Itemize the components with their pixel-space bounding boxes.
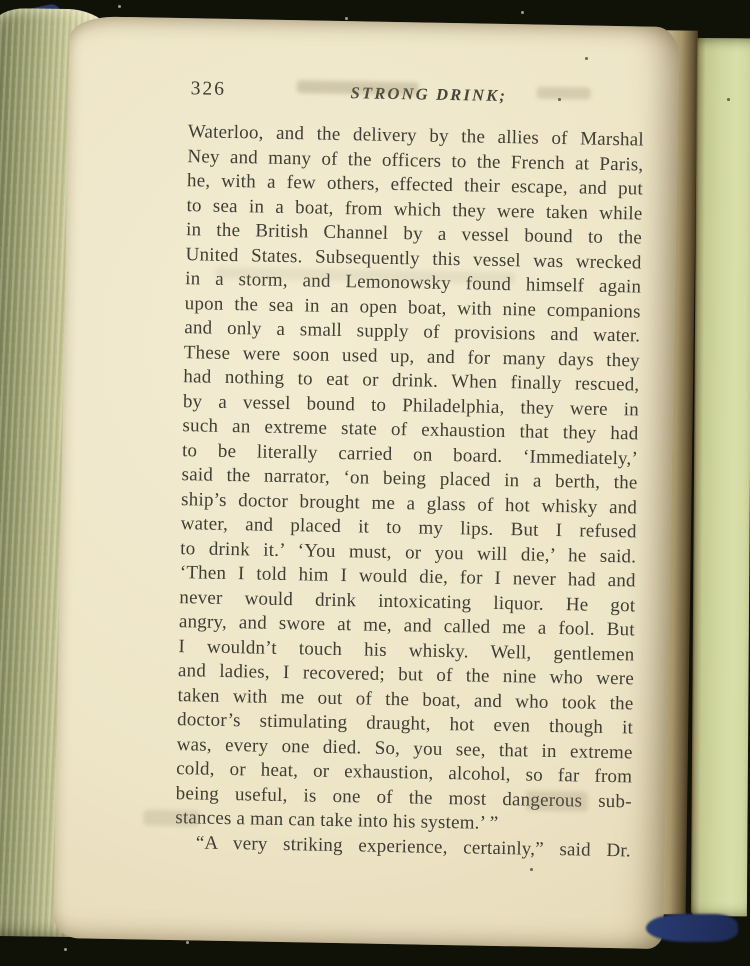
dust-speck <box>118 5 121 8</box>
ink-speck <box>530 868 533 871</box>
dust-speck <box>64 948 67 951</box>
book-photo: 326 STRONG DRINK; Waterloo, and the deli… <box>0 0 750 966</box>
ink-speck <box>585 57 588 60</box>
ink-speck <box>558 98 561 101</box>
ink-speck <box>727 98 730 101</box>
page-number: 326 <box>190 78 226 101</box>
body-text: Waterloo, and the delivery by the allies… <box>175 120 644 863</box>
facing-page <box>691 38 750 916</box>
dust-speck <box>345 17 348 20</box>
dust-speck <box>521 11 524 14</box>
book-cover-corner-bottom-right <box>646 914 738 942</box>
dust-speck <box>186 941 189 944</box>
running-title: STRONG DRINK; <box>350 83 507 106</box>
page-header: 326 STRONG DRINK; <box>180 78 644 112</box>
book-page: 326 STRONG DRINK; Waterloo, and the deli… <box>53 16 680 949</box>
